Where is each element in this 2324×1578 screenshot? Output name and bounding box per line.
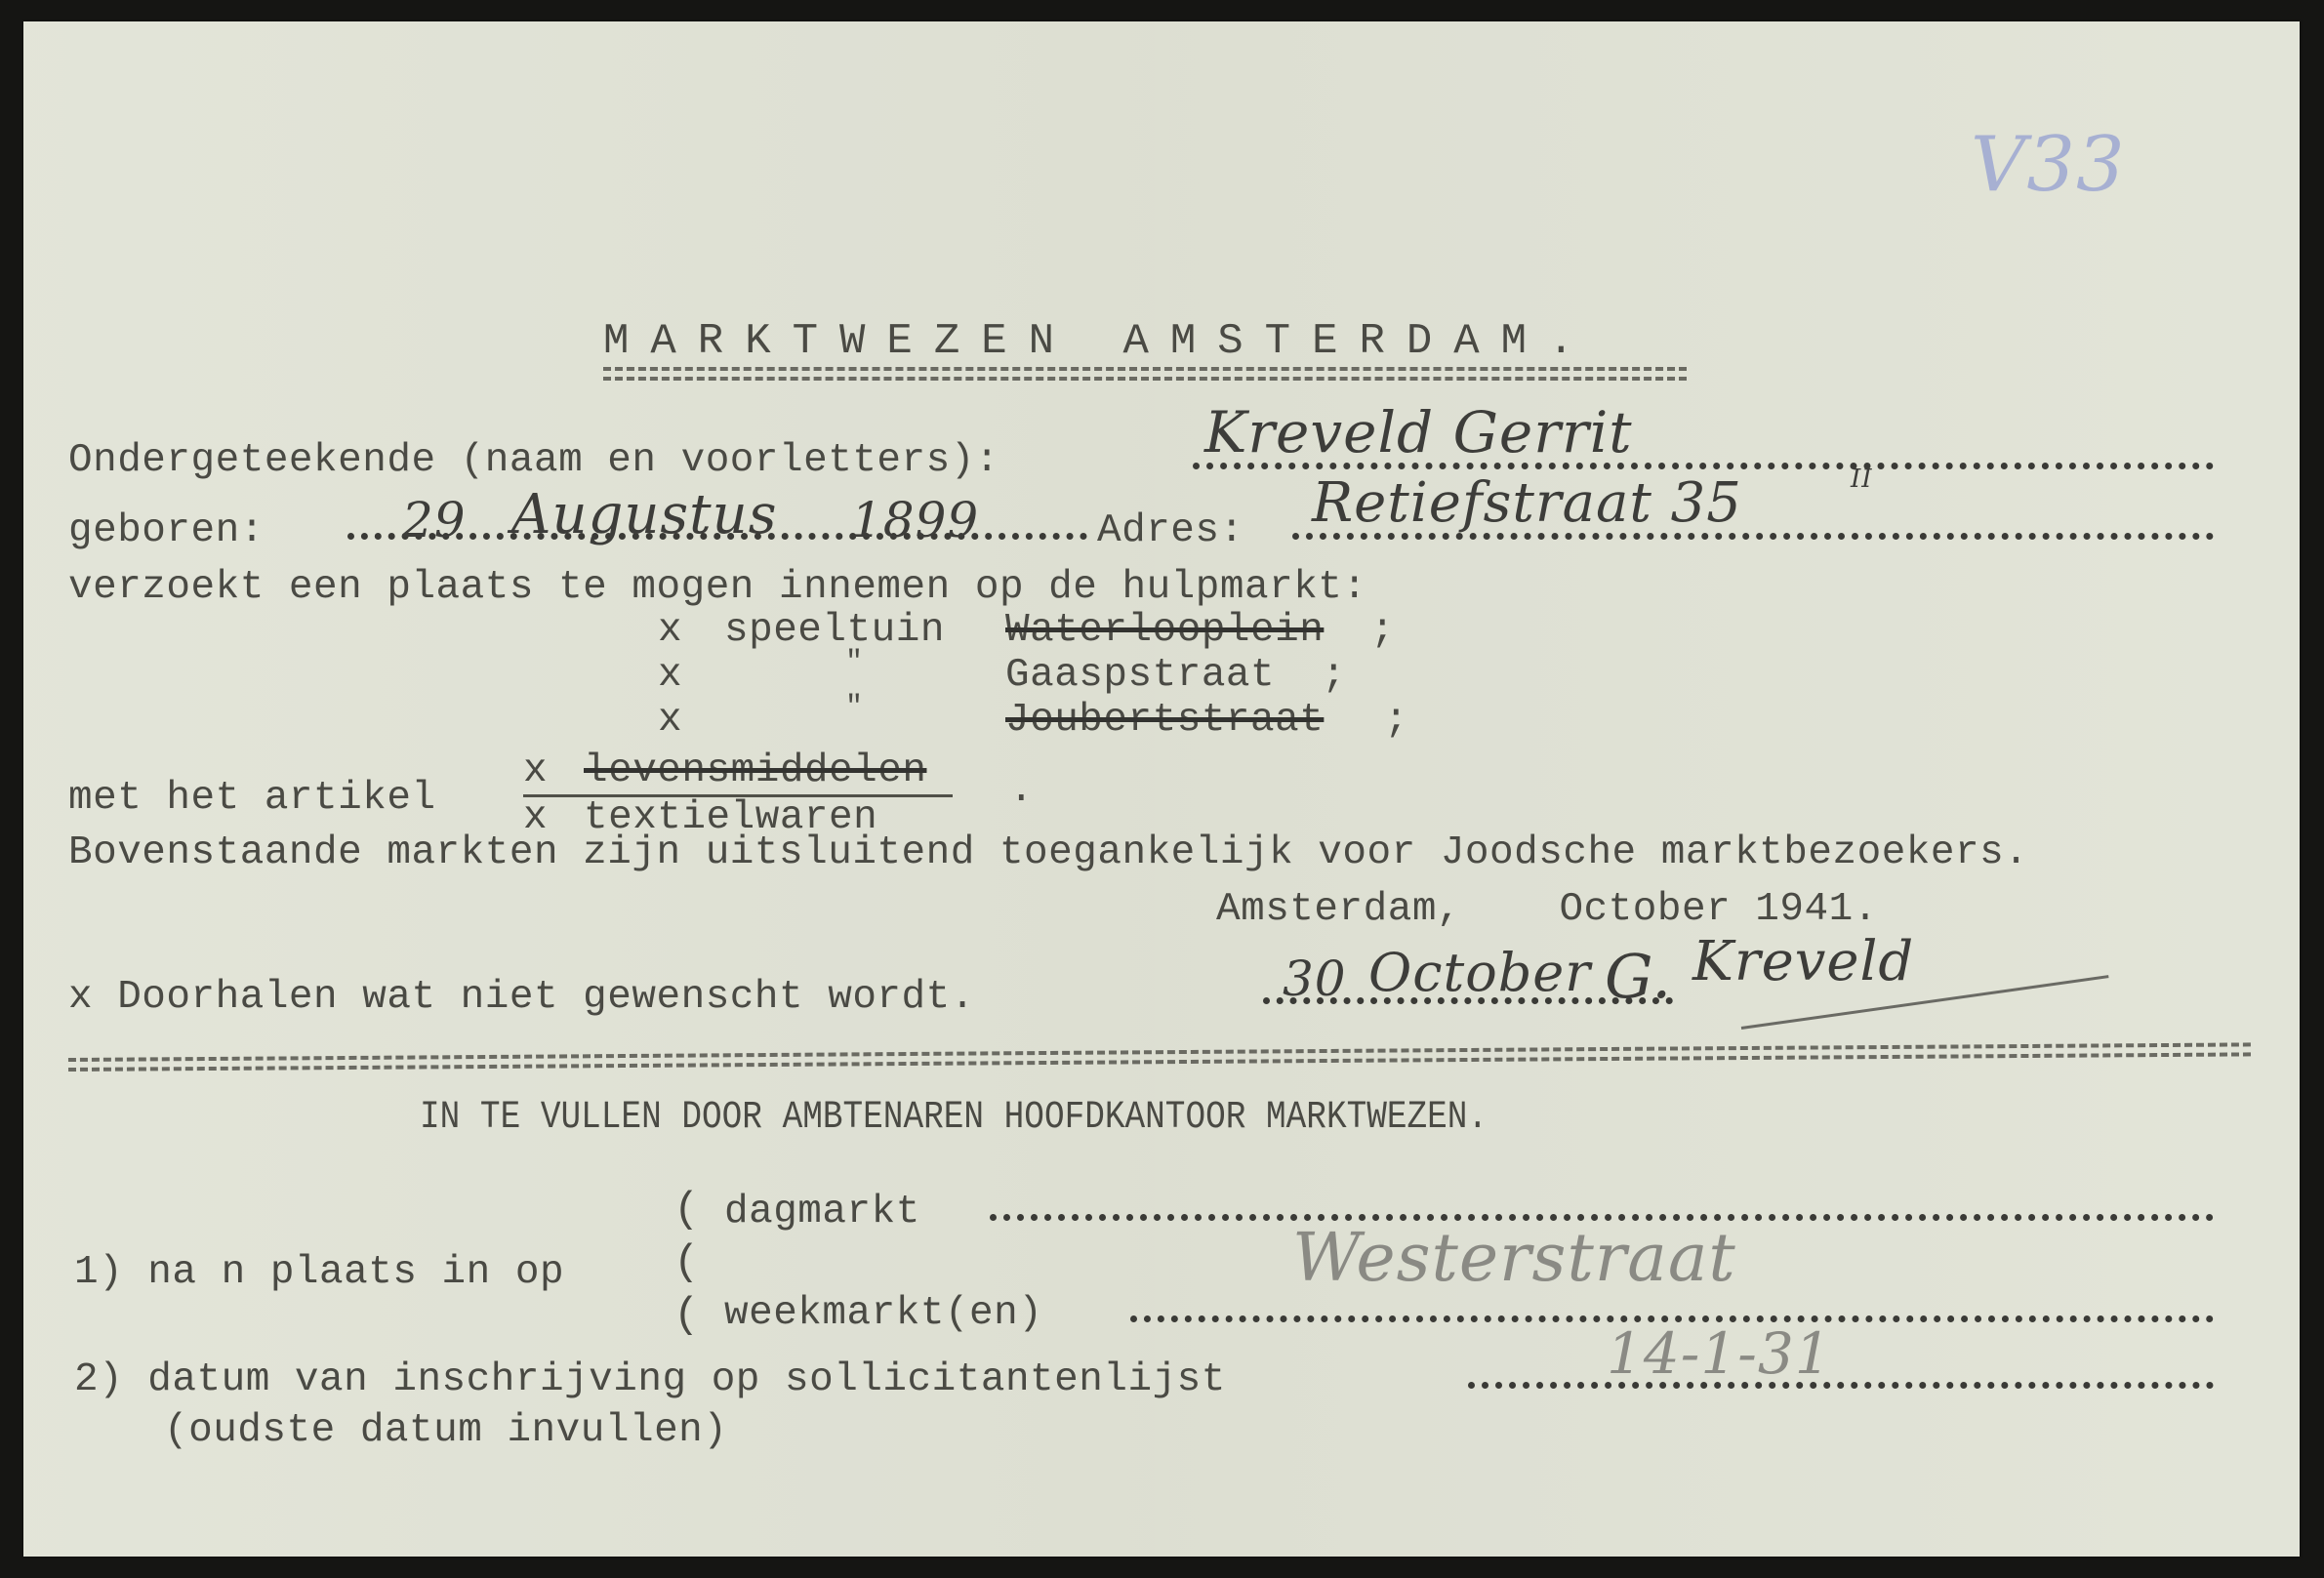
signature-month: October — [1368, 947, 1591, 999]
name-label: Ondergeteekende (naam en voorletters): — [68, 441, 999, 481]
article-end: . — [1009, 771, 1034, 811]
signature-day: 30 — [1283, 954, 1347, 1003]
market-marker: x — [658, 701, 682, 741]
born-year[interactable]: 1899 — [851, 496, 979, 545]
brace-bottom: ( — [673, 1294, 699, 1337]
brace-top: ( — [673, 1189, 699, 1232]
place-date: Amsterdam, October 1941. — [1216, 890, 1878, 930]
archive-number: V33 — [1971, 127, 2126, 203]
footnote: x Doorhalen wat niet gewenscht wordt. — [68, 978, 975, 1018]
market-end: ; — [1384, 701, 1408, 741]
brace-mid: ( — [673, 1241, 699, 1284]
notice-text: Bovenstaande markten zijn uitsluitend to… — [68, 833, 2028, 873]
market-name: Gaaspstraat — [1005, 656, 1275, 696]
section-separator — [68, 1042, 2251, 1072]
article-name-struck: levensmiddelen — [584, 751, 926, 791]
weekmarkt-value[interactable]: Westerstraat — [1292, 1226, 1736, 1292]
address-value[interactable]: Retiefstraat 35 — [1312, 476, 1742, 531]
weekmarkt-label: weekmarkt(en) — [724, 1294, 1042, 1334]
item1-label: 1) na n plaats in op — [74, 1253, 564, 1293]
address-label: Adres: — [1097, 511, 1244, 551]
document-title: MARKTWEZEN AMSTERDAM. — [603, 320, 1596, 363]
market-end: ; — [1370, 611, 1395, 651]
dagmarkt-label: dagmarkt — [724, 1193, 920, 1233]
article-label: met het artikel — [68, 779, 436, 819]
market-name-struck: Joubertstraat — [1005, 701, 1324, 741]
born-label: geboren: — [68, 511, 265, 551]
item2-sublabel: (oudste datum invullen) — [164, 1411, 727, 1451]
ditto-mark: " — [845, 693, 864, 722]
born-day[interactable]: 29 — [402, 496, 467, 545]
name-value[interactable]: Kreveld Gerrit — [1204, 404, 1633, 461]
market-marker: x — [658, 611, 682, 651]
born-month[interactable]: Augustus — [511, 488, 777, 543]
signature-name: Kreveld — [1692, 935, 1914, 990]
item2-dotted-line[interactable] — [1468, 1382, 2214, 1389]
office-heading: IN TE VULLEN DOOR AMBTENAREN HOOFDKANTOO… — [420, 1099, 1488, 1138]
market-application-card: V33 MARKTWEZEN AMSTERDAM. Ondergeteekend… — [23, 21, 2300, 1557]
market-name-struck: Waterlooplein — [1005, 611, 1324, 651]
signature-initial: G. — [1605, 947, 1672, 1007]
market-marker: x — [658, 656, 682, 696]
title-double-underline — [603, 367, 1687, 381]
item2-label: 2) datum van inschrijving op sollicitant… — [74, 1360, 1226, 1400]
item2-value[interactable]: 14-1-31 — [1607, 1325, 1832, 1382]
address-suffix: II — [1851, 466, 1873, 492]
ditto-mark: " — [845, 648, 864, 677]
request-text: verzoekt een plaats te mogen innemen op … — [68, 568, 1367, 608]
market-prefix: speeltuin — [724, 611, 945, 651]
market-end: ; — [1322, 656, 1346, 696]
article-marker: x — [523, 751, 548, 791]
